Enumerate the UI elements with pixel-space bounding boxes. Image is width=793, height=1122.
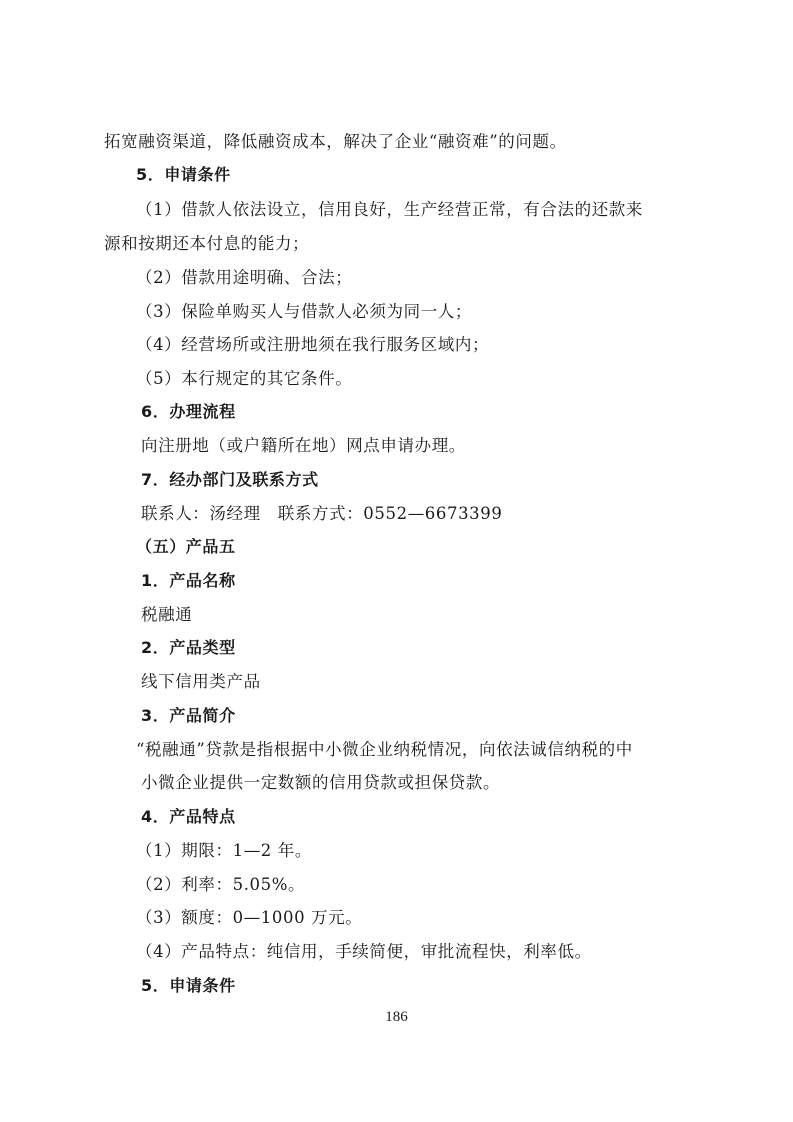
section-heading-contact: 7．经办部门及联系方式 (141, 468, 319, 492)
list-item: （3）额度：0—1000 万元。 (136, 906, 362, 930)
page-number: 186 (0, 1009, 793, 1026)
section-heading-apply-conditions-2: 5．申请条件 (141, 974, 236, 998)
product-heading: （五）产品五 (136, 535, 236, 559)
section-heading-apply-conditions: 5．申请条件 (136, 163, 231, 187)
product-type: 线下信用类产品 (141, 670, 261, 694)
list-item: （5）本行规定的其它条件。 (136, 367, 352, 391)
paragraph-line: 源和按期还本付息的能力； (104, 232, 309, 256)
section-heading-product-type: 2．产品类型 (141, 636, 236, 660)
paragraph-line: 拓宽融资渠道，降低融资成本，解决了企业“融资难”的问题。 (104, 130, 567, 154)
paragraph-line: 向注册地（或户籍所在地）网点申请办理。 (141, 434, 466, 458)
contact-line: 联系人：汤经理 联系方式：0552—6673399 (141, 502, 502, 526)
paragraph-line: （1）借款人依法设立，信用良好，生产经营正常，有合法的还款来 (136, 198, 643, 222)
section-heading-process: 6．办理流程 (141, 400, 236, 424)
document-page: 拓宽融资渠道，降低融资成本，解决了企业“融资难”的问题。 5．申请条件 （1）借… (0, 0, 793, 1122)
list-item: （1）期限：1—2 年。 (136, 839, 312, 863)
list-item: （2）借款用途明确、合法； (136, 266, 352, 290)
list-item: （4）经营场所或注册地须在我行服务区域内； (136, 333, 489, 357)
paragraph-line: 小微企业提供一定数额的信用贷款或担保贷款。 (141, 771, 500, 795)
section-heading-product-intro: 3．产品简介 (141, 704, 236, 728)
product-name: 税融通 (141, 603, 192, 627)
list-item: （2）利率：5.05%。 (136, 873, 305, 897)
paragraph-line: “税融通”贷款是指根据中小微企业纳税情况，向依法诚信纳税的中 (136, 738, 633, 762)
section-heading-product-name: 1．产品名称 (141, 569, 236, 593)
list-item: （4）产品特点：纯信用，手续简便，审批流程快，利率低。 (136, 940, 592, 964)
list-item: （3）保险单购买人与借款人必须为同一人； (136, 300, 472, 324)
section-heading-features: 4．产品特点 (141, 805, 236, 829)
